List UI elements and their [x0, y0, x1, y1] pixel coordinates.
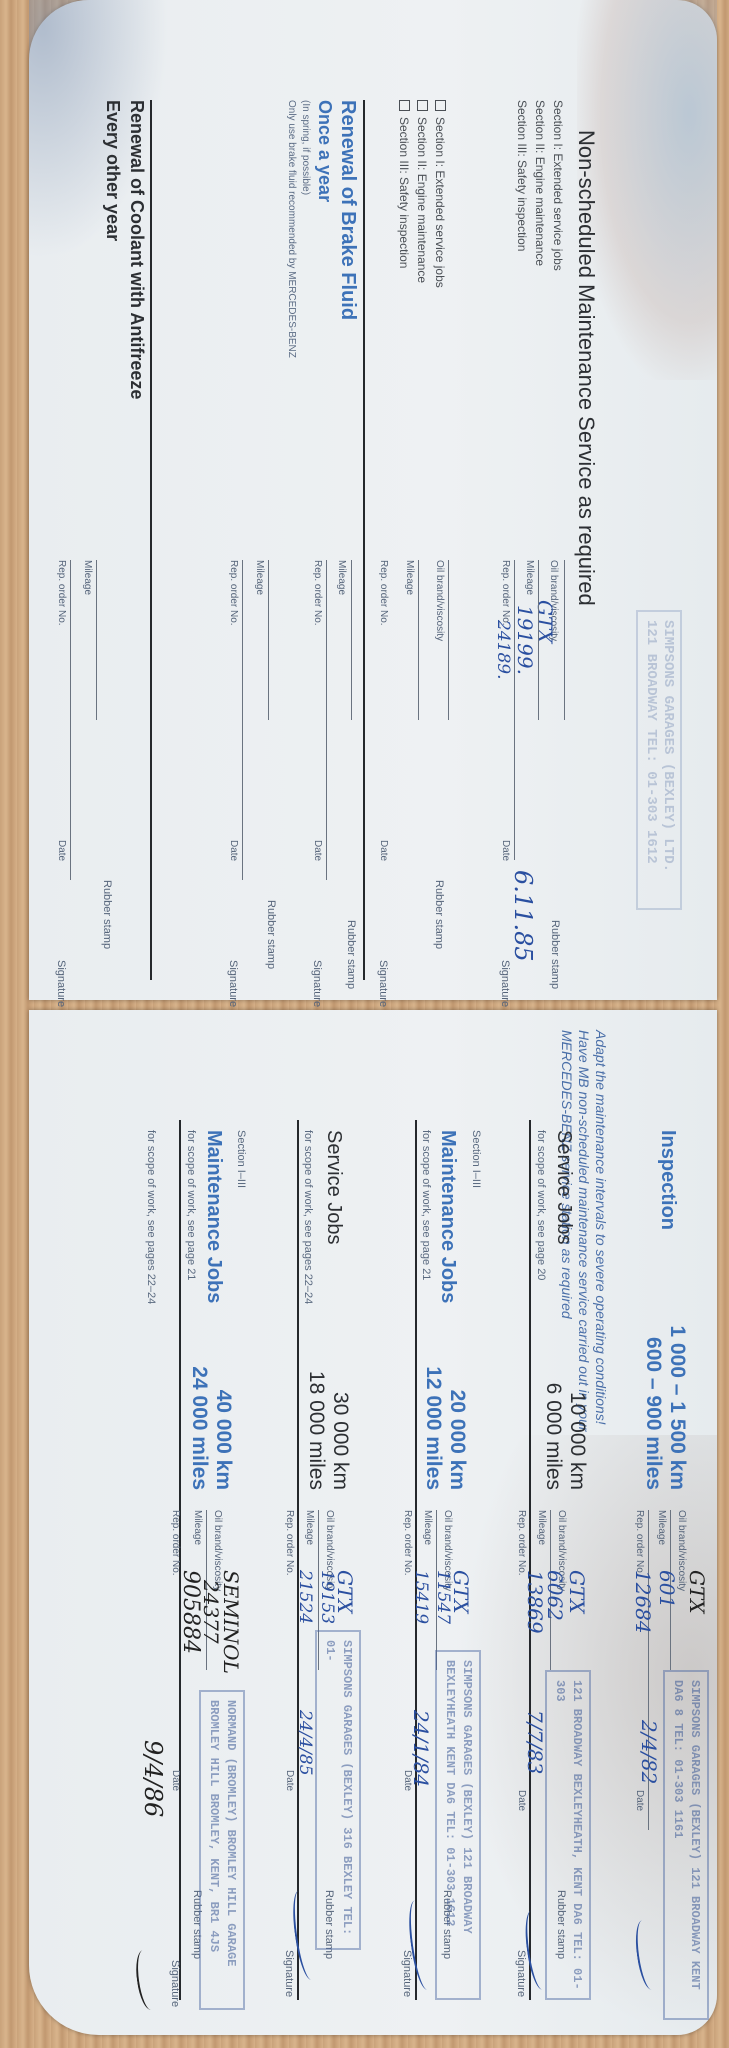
signature-label: Signature: [401, 1950, 413, 1997]
service-title: Maintenance Jobs: [436, 1130, 459, 1303]
service-title: Service Jobs: [322, 1130, 345, 1245]
signature-label: Signature: [377, 960, 389, 1007]
date-value: 7/7/83: [523, 1710, 547, 1774]
oil-brand-label: Oil brand/viscosity: [434, 560, 445, 641]
left-page: Non-scheduled Maintenance Service as req…: [29, 0, 717, 1000]
scope-note: for scope of work, see page 21: [420, 1130, 432, 1280]
scope-note: for scope of work, see page 21: [185, 1130, 197, 1280]
oil-brand-value: GTX: [565, 1570, 589, 1614]
rubber-stamp: NORMAND (BROMLEY) BROMLEY HILL GARAGE BR…: [199, 1690, 245, 2010]
right-page: Adapt the maintenance intervals to sever…: [29, 1010, 717, 2035]
page-title: Non-scheduled Maintenance Service as req…: [573, 130, 599, 606]
brake-fluid-note: Only use brake fluid recommended by MERC…: [286, 100, 297, 358]
checkbox-section-list: Section I: Extended service jobs Section…: [395, 100, 449, 288]
date-label: Date: [516, 1790, 527, 1811]
rep-order-label: Rep. order No.: [378, 560, 389, 626]
service-title: Maintenance Jobs: [202, 1130, 225, 1303]
rep-order-label: Rep. order No.: [402, 1510, 413, 1576]
checkbox-icon[interactable]: [399, 100, 410, 111]
rubber-stamp-label: Rubber stamp: [265, 900, 277, 969]
signature-label: Signature: [311, 960, 323, 1007]
service-interval: 10 000 km6 000 miles: [541, 1290, 589, 1490]
signature-label: Signature: [55, 960, 67, 1007]
signature-label: Signature: [515, 1950, 527, 1997]
rubber-stamp: SIMPSONS GARAGES (BEXLEY) 316 BEXLEY TEL…: [315, 1630, 361, 1950]
mileage-label: Mileage: [422, 1510, 433, 1545]
mileage-label: Mileage: [82, 560, 93, 595]
rubber-stamp-label: Rubber stamp: [345, 920, 357, 989]
date-label: Date: [634, 1790, 645, 1811]
signature-scribble: [133, 1949, 161, 2011]
date-value: 24/4/85: [295, 1710, 315, 1776]
rep-order-label: Rep. order No.: [634, 1510, 645, 1576]
mileage-label: Mileage: [404, 560, 415, 595]
mileage-value: 19199.: [513, 605, 537, 675]
scope-note: for scope of work, see page 20: [535, 1130, 547, 1280]
date-value: 6.11.85: [509, 870, 537, 962]
date-value: 24/1/84: [409, 1710, 433, 1787]
section-checkbox[interactable]: Section III: Safety inspection: [395, 100, 413, 288]
rep-order-value: 905884: [178, 1570, 203, 1654]
rep-order-label: Rep. order No.: [312, 560, 323, 626]
service-title: Inspection: [656, 1130, 679, 1230]
section-item: Section III: Safety inspection: [513, 100, 531, 271]
oil-brand-value: GTX: [685, 1570, 709, 1614]
date-label: Date: [284, 1770, 295, 1791]
scope-note: for scope of work, see pages 22–24: [302, 1130, 314, 1304]
rubber-stamp: SIMPSONS GARAGES (BEXLEY) 121 BROADWAY B…: [435, 1650, 481, 2000]
signature-label: Signature: [227, 960, 239, 1007]
scope-note: for scope of work, see pages 22–24: [145, 1130, 157, 1304]
mileage-label: Mileage: [254, 560, 265, 595]
rep-order-value: 24189.: [493, 620, 513, 679]
rep-order-label: Rep. order No.: [284, 1510, 295, 1576]
signature-label: Signature: [169, 1960, 181, 2007]
date-label: Date: [500, 840, 511, 861]
service-interval: 30 000 km18 000 miles: [304, 1290, 352, 1490]
signature-label: Signature: [499, 960, 511, 1007]
rubber-stamp-label: Rubber stamp: [101, 880, 113, 949]
date-label: Date: [228, 840, 239, 861]
signature-label: Signature: [283, 1950, 295, 1997]
rep-order-label: Rep. order No.: [170, 1510, 181, 1576]
mileage-label: Mileage: [656, 1510, 667, 1545]
mileage-value: 19153: [317, 1570, 337, 1624]
rep-order-value: 21524: [295, 1570, 315, 1624]
rep-order-value: 13869: [523, 1570, 547, 1634]
mileage-label: Mileage: [524, 560, 535, 595]
non-scheduled-section-list: Section I: Extended service jobs Section…: [513, 100, 567, 271]
date-label: Date: [378, 840, 389, 861]
rep-order-label: Rep. order No.: [228, 560, 239, 626]
rubber-stamp: SIMPSONS GARAGES (BEXLEY) 121 BROADWAY K…: [663, 1670, 709, 2020]
checkbox-icon[interactable]: [435, 100, 446, 111]
mileage-label: Mileage: [536, 1510, 547, 1545]
rep-order-value: 15419: [411, 1570, 431, 1624]
date-label: Date: [312, 840, 323, 861]
date-label: Date: [56, 840, 67, 861]
service-section: Section I–III: [470, 1130, 482, 1188]
section-checkbox[interactable]: Section I: Extended service jobs: [431, 100, 449, 288]
coolant-title: Renewal of Coolant with Antifreeze: [126, 100, 147, 399]
date-label: Date: [170, 1770, 181, 1791]
section-checkbox[interactable]: Section II: Engine maintenance: [413, 100, 431, 288]
mileage-value: 11547: [433, 1570, 453, 1624]
service-interval: 40 000 km24 000 miles: [187, 1290, 235, 1490]
checkbox-icon[interactable]: [417, 100, 428, 111]
rep-order-label: Rep. order No.: [500, 560, 511, 626]
brake-fluid-frequency: Once a year: [314, 100, 335, 202]
rep-order-value: 12684: [631, 1570, 655, 1634]
rep-order-label: Rep. order No.: [56, 560, 67, 626]
mileage-label: Mileage: [192, 1510, 203, 1545]
date-value: 2/4/82: [637, 1720, 661, 1784]
rubber-stamp-label: Rubber stamp: [433, 880, 445, 949]
mileage-label: Mileage: [304, 1510, 315, 1545]
date-value: 9/4/86: [139, 1740, 167, 1817]
rotated-document: Non-scheduled Maintenance Service as req…: [0, 0, 729, 2048]
rubber-stamp-label: Rubber stamp: [549, 920, 561, 989]
brake-fluid-note: (In spring, if possible): [300, 100, 311, 195]
mileage-value: 601: [655, 1570, 679, 1608]
service-title: Service Jobs: [552, 1130, 575, 1245]
service-interval: 20 000 km12 000 miles: [421, 1290, 469, 1490]
service-interval: 1 000 – 1 500 km600 – 900 miles: [641, 1290, 689, 1490]
service-section: Section I–III: [235, 1130, 247, 1188]
section-item: Section I: Extended service jobs: [549, 100, 567, 271]
mileage-label: Mileage: [336, 560, 347, 595]
rubber-stamp: 121 BROADWAY BEXLEYHEATH, KENT DA6 TEL: …: [545, 1670, 591, 2000]
brake-fluid-title: Renewal of Brake Fluid: [336, 100, 359, 320]
coolant-frequency: Every other year: [102, 100, 123, 241]
rubber-stamp: SIMPSONS GARAGES (BEXLEY) LTD. 121 BROAD…: [636, 610, 682, 910]
rep-order-label: Rep. order No.: [516, 1510, 527, 1576]
section-item: Section II: Engine maintenance: [531, 100, 549, 271]
